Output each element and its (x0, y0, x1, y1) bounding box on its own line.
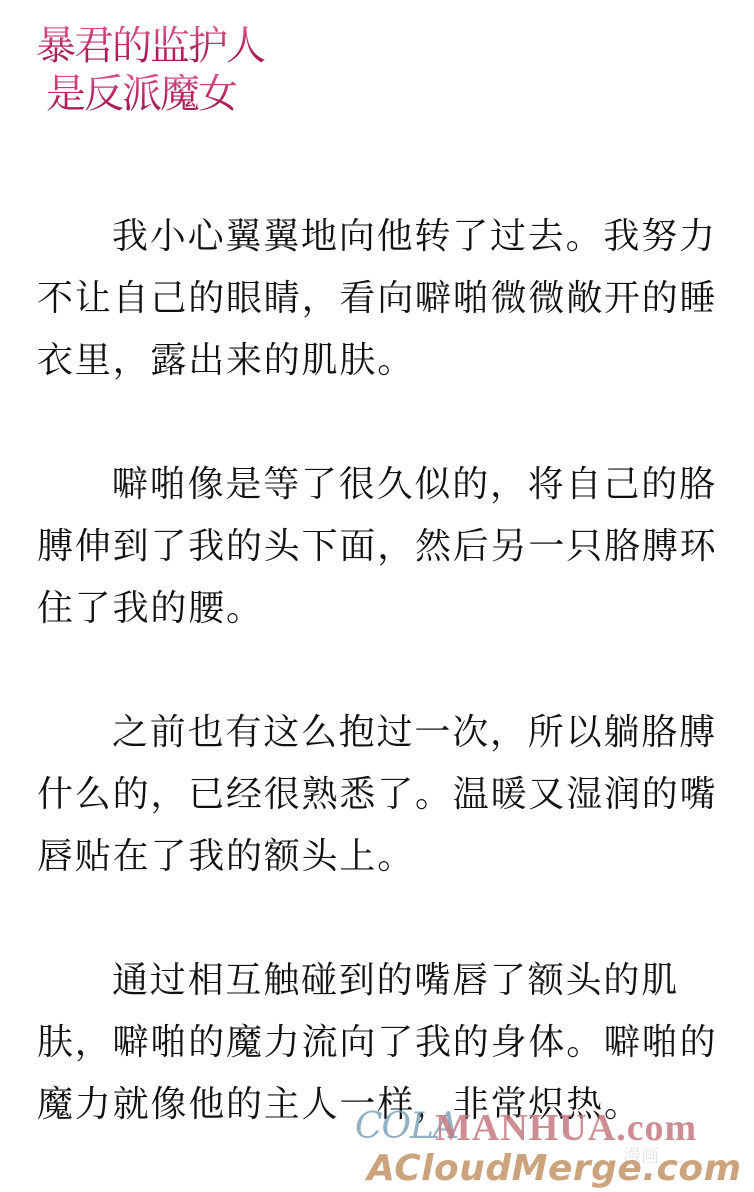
story-text: 我小心翼翼地向他转了过去。我努力不让自己的眼睛，看向噼啪微微敞开的睡衣里，露出来… (37, 206, 721, 1136)
comic-title-logo: 暴君的监护人 是反派魔女 (36, 26, 266, 126)
watermark-acloudmerge: ACloudMerge.com (367, 1148, 742, 1189)
paragraph-3: 之前也有这么抱过一次，所以躺胳膊什么的，已经很熟悉了。温暖又湿润的嘴唇贴在了我的… (37, 702, 721, 888)
paragraph-1: 我小心翼翼地向他转了过去。我努力不让自己的眼睛，看向噼啪微微敞开的睡衣里，露出来… (37, 206, 721, 392)
watermark-faint-text: 漫画 (623, 1142, 659, 1168)
paragraph-2: 噼啪像是等了很久似的，将自己的胳膊伸到了我的头下面，然后另一只胳膊环住了我的腰。 (37, 454, 721, 640)
logo-title-line-2: 是反派魔女 (46, 74, 266, 114)
paragraph-4: 通过相互触碰到的嘴唇了额头的肌肤，噼啪的魔力流向了我的身体。噼啪的魔力就像他的主… (37, 950, 721, 1136)
logo-title-line-1: 暴君的监护人 (36, 26, 266, 66)
